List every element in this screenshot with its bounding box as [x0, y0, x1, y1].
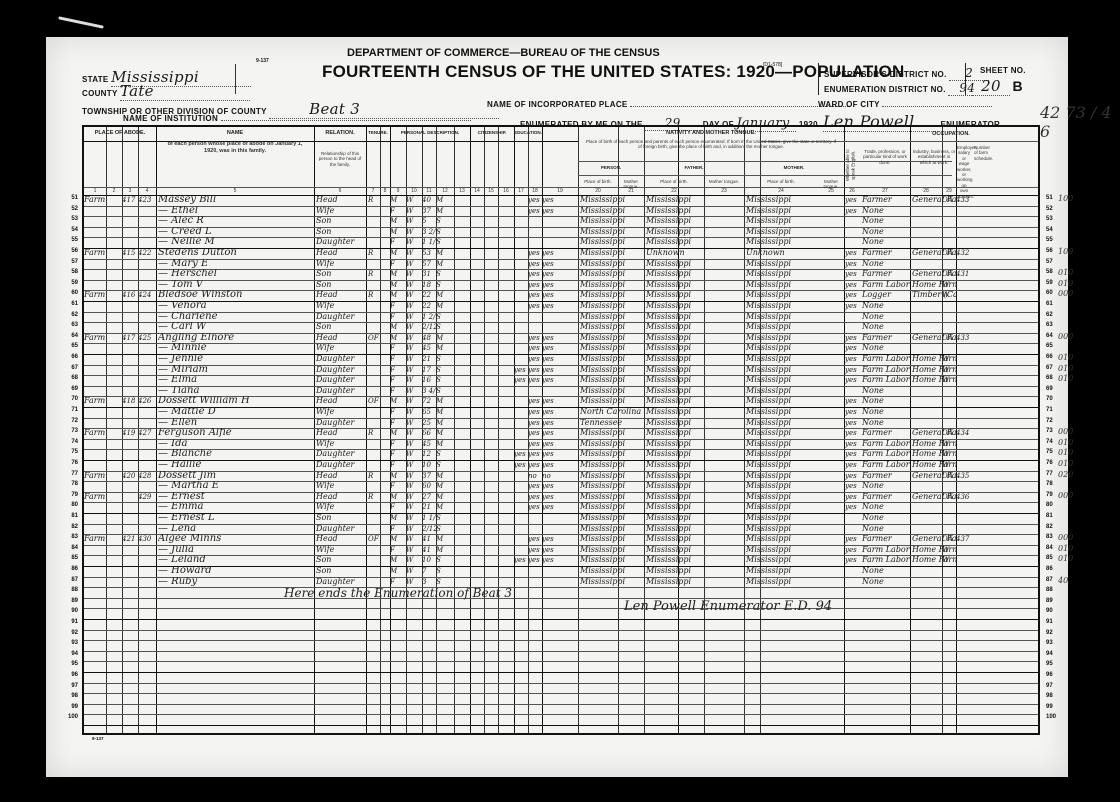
cell-birth: Mississippi [580, 216, 644, 227]
header-citizenship: CITIZENSHIP. [470, 130, 514, 135]
institution-value [221, 120, 471, 121]
line-number-right: 82 [1046, 524, 1053, 530]
footer-code: 9-137 [92, 736, 104, 741]
cell-family: 426 [138, 396, 156, 407]
line-number-right: 71 [1046, 407, 1053, 413]
cell-father: Mississippi [646, 365, 704, 376]
row-divider [84, 598, 1038, 599]
line-number-left: 100 [60, 714, 78, 720]
cell-write: yes [542, 301, 558, 312]
header-divider [235, 64, 236, 94]
cell-mother: Mississippi [746, 365, 818, 376]
column-number: 10 [406, 188, 422, 194]
cell-marital: S [436, 375, 454, 386]
cell-trade: Logger [862, 290, 910, 301]
cell-age: 12 [422, 449, 436, 460]
cell-class: OA [942, 333, 956, 344]
margin-code: 010 [1058, 374, 1073, 383]
header-relation-sub: Relationship of this person to the head … [316, 151, 364, 167]
table-row: — CharleneDaughterFW1 2/12SMississippiMi… [84, 312, 1038, 323]
cell-mother: Mississippi [746, 216, 818, 227]
cell-sex: F [390, 386, 406, 397]
cell-marital: S [436, 237, 454, 248]
cell-school: yes [514, 555, 528, 566]
cell-english: yes [845, 248, 859, 259]
line-number-right: 83 [1046, 534, 1053, 540]
table-row: — HerschelSonRMW31SyesyesMississippiMiss… [84, 269, 1038, 280]
column-number: 19 [542, 188, 578, 194]
header-farm-schedule: Number of farm schedule. [974, 145, 988, 161]
cell-age: 18 [422, 280, 436, 291]
cell-class: W [942, 280, 956, 291]
cell-sex: F [390, 545, 406, 556]
cell-read: yes [528, 269, 542, 280]
cell-dwelling: 417 [122, 333, 138, 344]
cell-birth: Mississippi [580, 280, 644, 291]
row-divider [84, 661, 1038, 662]
cell-father: Mississippi [646, 513, 704, 524]
cell-age: 3 4/12 [422, 386, 436, 397]
margin-code: 010 [1058, 438, 1073, 447]
cell-write: yes [542, 449, 558, 460]
cell-name: — Jennie [158, 354, 314, 365]
cell-read: yes [528, 259, 542, 270]
cell-trade: None [862, 396, 910, 407]
cell-sex: M [390, 269, 406, 280]
district-box: SUPERVISOR'S DISTRICT NO. 2 ENUMERATION … [818, 63, 967, 95]
ward-field: WARD OF CITY [818, 100, 992, 109]
cell-sex: M [390, 471, 406, 482]
table-row: — Alec RSonMW5SMississippiMississippiMis… [84, 216, 1038, 227]
cell-age: 1 2/12 [422, 312, 436, 323]
cell-sex: F [390, 312, 406, 323]
cell-read: yes [528, 492, 542, 503]
line-number-right: 59 [1046, 280, 1053, 286]
cell-tenure: R [368, 471, 380, 482]
cell-sex: M [390, 195, 406, 206]
cell-sex: F [390, 449, 406, 460]
cell-marital: S [436, 216, 454, 227]
line-number-left: 95 [60, 661, 78, 667]
cell-name: — Nellie M [158, 237, 314, 248]
cell-race: W [406, 206, 422, 217]
line-number-left: 98 [60, 693, 78, 699]
line-number-left: 53 [60, 216, 78, 222]
cell-birth: Mississippi [580, 481, 644, 492]
cell-relation: Head [316, 492, 366, 503]
cell-marital: S [436, 386, 454, 397]
cell-father: Mississippi [646, 322, 704, 333]
cell-age: 57 [422, 259, 436, 270]
closing-note: Here ends the Enumeration of Beat 3 [284, 586, 512, 600]
cell-name: — Martha E [158, 481, 314, 492]
cell-read: yes [528, 534, 542, 545]
cell-read: yes [528, 460, 542, 471]
cell-english: yes [845, 481, 859, 492]
cell-sex: M [390, 248, 406, 259]
cell-family: 424 [138, 290, 156, 301]
cell-sex: F [390, 206, 406, 217]
cell-write: yes [542, 259, 558, 270]
margin-code: 010 [1058, 353, 1073, 362]
cell-father: Mississippi [646, 227, 704, 238]
cell-class: W [942, 555, 956, 566]
cell-race: W [406, 269, 422, 280]
cell-sex: F [390, 481, 406, 492]
cell-name: — Carl W [158, 322, 314, 333]
institution-field: NAME OF INSTITUTION [123, 114, 471, 123]
line-number-right: 65 [1046, 343, 1053, 349]
cell-race: W [406, 566, 422, 577]
sheet-field: 20 B [972, 77, 1023, 96]
margin-code: 010 [1058, 544, 1073, 553]
cell-age: 37 [422, 206, 436, 217]
cell-read: yes [528, 396, 542, 407]
cell-relation: Wife [316, 481, 366, 492]
cell-age: 21 [422, 354, 436, 365]
cell-english: yes [845, 396, 859, 407]
cell-name: — Julia [158, 545, 314, 556]
margin-code: 100 [1058, 247, 1073, 256]
cell-write: no [542, 471, 558, 482]
cell-birth: Mississippi [580, 237, 644, 248]
line-number-right: 98 [1046, 693, 1053, 699]
cell-read: no [528, 471, 542, 482]
cell-write: yes [542, 195, 558, 206]
column-number: 11 [422, 188, 436, 194]
cell-relation: Daughter [316, 418, 366, 429]
cell-mother: Mississippi [746, 333, 818, 344]
cell-race: W [406, 333, 422, 344]
cell-write: yes [542, 290, 558, 301]
cell-race: W [406, 513, 422, 524]
row-divider [84, 693, 1038, 694]
cell-race: W [406, 460, 422, 471]
cell-class: W [942, 375, 956, 386]
cell-father: Mississippi [646, 396, 704, 407]
cell-age: 37 [422, 471, 436, 482]
line-number-right: 87 [1046, 577, 1053, 583]
cell-trade: None [862, 322, 910, 333]
institution-label: NAME OF INSTITUTION [123, 114, 218, 123]
row-divider [84, 651, 1038, 652]
cell-farm: 437 [956, 534, 972, 545]
line-number-right: 84 [1046, 545, 1053, 551]
cell-name: — Emma [158, 502, 314, 513]
table-row: Farm419427Ferguson AlfieHeadRMW66Myesyes… [84, 428, 1038, 439]
cell-mother: Mississippi [746, 206, 818, 217]
cell-marital: M [436, 492, 454, 503]
cell-english: yes [845, 206, 859, 217]
cell-mother: Mississippi [746, 545, 818, 556]
cell-marital: M [436, 502, 454, 513]
cell-father: Mississippi [646, 312, 704, 323]
cell-school: yes [514, 460, 528, 471]
enumeration-label: ENUMERATION DISTRICT NO. [824, 85, 946, 94]
cell-family: 427 [138, 428, 156, 439]
cell-marital: M [436, 471, 454, 482]
cell-marital: M [436, 206, 454, 217]
line-number-left: 83 [60, 534, 78, 540]
cell-name: — Tiana [158, 386, 314, 397]
cell-write: yes [542, 365, 558, 376]
cell-birth: Mississippi [580, 545, 644, 556]
cell-read: yes [528, 449, 542, 460]
enumerator-signature: Len Powell Enumerator E.D. 94 [624, 599, 832, 614]
cell-class: OA [942, 248, 956, 259]
column-number: 9 [390, 188, 406, 194]
table-row: — LenaDaughterFW2/12SMississippiMississi… [84, 524, 1038, 535]
cell-mother: Mississippi [746, 513, 818, 524]
cell-trade: Farm Laborer [862, 365, 910, 376]
cell-class: W [942, 460, 956, 471]
sheet-side: B [1013, 78, 1023, 94]
line-number-right: 51 [1046, 195, 1053, 201]
cell-mother: Mississippi [746, 407, 818, 418]
cell-age: 45 [422, 343, 436, 354]
line-number-right: 78 [1046, 481, 1053, 487]
cell-birth: Mississippi [580, 428, 644, 439]
column-number: 8 [380, 188, 390, 194]
cell-write: yes [542, 555, 558, 566]
cell-birth: Mississippi [580, 502, 644, 513]
cell-write: yes [542, 375, 558, 386]
line-number-left: 61 [60, 301, 78, 307]
census-table: PLACE OF ABODE.NAMEof each person whose … [82, 125, 1040, 735]
cell-sex: F [390, 524, 406, 535]
cell-sex: F [390, 439, 406, 450]
header-person: PERSON. [578, 165, 644, 170]
cell-name: Dossett William H [158, 396, 314, 407]
cell-father: Mississippi [646, 428, 704, 439]
row-divider [84, 672, 1038, 673]
cell-birth: Tennessee [580, 418, 644, 429]
cell-birth: Mississippi [580, 354, 644, 365]
cell-trade: None [862, 566, 910, 577]
line-number-left: 55 [60, 237, 78, 243]
cell-write: yes [542, 269, 558, 280]
cell-write: yes [542, 343, 558, 354]
cell-mother: Mississippi [746, 449, 818, 460]
cell-mother: Mississippi [746, 439, 818, 450]
cell-father: Mississippi [646, 195, 704, 206]
cell-age: 41 [422, 545, 436, 556]
header-mother: MOTHER. [744, 165, 844, 170]
table-row: — JuliaWifeFW41MyesyesMississippiMississ… [84, 545, 1038, 556]
cell-read: yes [528, 545, 542, 556]
line-number-right: 95 [1046, 661, 1053, 667]
header-place-of-birth: Place of birth. [744, 179, 818, 184]
cell-relation: Son [316, 227, 366, 238]
cell-father: Mississippi [646, 481, 704, 492]
cell-read: yes [528, 555, 542, 566]
column-number: 23 [704, 188, 744, 194]
table-row: — Martha EWifeFW60MyesyesMississippiMiss… [84, 481, 1038, 492]
cell-write: yes [542, 481, 558, 492]
cell-father: Mississippi [646, 460, 704, 471]
cell-sex: M [390, 513, 406, 524]
cell-father: Mississippi [646, 237, 704, 248]
cell-mother: Mississippi [746, 577, 818, 588]
form-code: [D1-578] [763, 62, 782, 68]
cell-age: 2/12 [422, 322, 436, 333]
header-personal: PERSONAL DESCRIPTION. [390, 130, 470, 135]
cell-race: W [406, 386, 422, 397]
line-number-left: 67 [60, 365, 78, 371]
cell-marital: M [436, 259, 454, 270]
sheet-label: SHEET NO. [980, 66, 1026, 75]
line-number-right: 92 [1046, 630, 1053, 636]
column-number: 27 [860, 188, 910, 194]
cell-class: W [942, 354, 956, 365]
cell-sex: F [390, 375, 406, 386]
cell-farm: 434 [956, 428, 972, 439]
cell-name: — Howard [158, 566, 314, 577]
cell-street: Farm [84, 396, 106, 407]
cell-class: W [942, 545, 956, 556]
cell-marital: S [436, 322, 454, 333]
cell-age: 27 [422, 492, 436, 503]
ward-value [882, 106, 992, 107]
cell-name: — Mattie D [158, 407, 314, 418]
line-number-right: 72 [1046, 418, 1053, 424]
line-number-left: 51 [60, 195, 78, 201]
line-number-left: 58 [60, 269, 78, 275]
cell-marital: M [436, 418, 454, 429]
county-field: COUNTY Tate [82, 82, 250, 101]
table-row: Farm421430Algee MinnsHeadOFMW41MyesyesMi… [84, 534, 1038, 545]
cell-tenure: R [368, 290, 380, 301]
cell-name: — Alec R [158, 216, 314, 227]
cell-relation: Son [316, 555, 366, 566]
header-nativity-sub: Place of birth of each person and parent… [584, 139, 838, 150]
cell-birth: Mississippi [580, 524, 644, 535]
cell-mother: Mississippi [746, 566, 818, 577]
table-row: — Nellie MDaughterFW1 1/12SMississippiMi… [84, 237, 1038, 248]
cell-write: yes [542, 460, 558, 471]
cell-birth: Mississippi [580, 471, 644, 482]
cell-name: — Charlene [158, 312, 314, 323]
cell-mother: Mississippi [746, 322, 818, 333]
cell-age: 1 1/12 [422, 237, 436, 248]
line-number-right: 66 [1046, 354, 1053, 360]
table-row: Farm416424Bledsoe WinstonHeadRMW22Myesye… [84, 290, 1038, 301]
cell-father: Mississippi [646, 375, 704, 386]
cell-trade: None [862, 259, 910, 270]
cell-class: OA [942, 471, 956, 482]
line-number-left: 60 [60, 290, 78, 296]
cell-mother: Mississippi [746, 269, 818, 280]
line-number-right: 89 [1046, 598, 1053, 604]
cell-marital: S [436, 365, 454, 376]
cell-relation: Wife [316, 259, 366, 270]
cell-trade: None [862, 343, 910, 354]
cell-marital: S [436, 513, 454, 524]
cell-marital: S [436, 524, 454, 535]
header-tenure: TENURE. [366, 130, 390, 135]
column-number: 5 [156, 188, 314, 194]
cell-trade: None [862, 418, 910, 429]
cell-marital: M [436, 407, 454, 418]
cell-name: — Ida [158, 439, 314, 450]
cell-mother: Mississippi [746, 375, 818, 386]
line-number-right: 77 [1046, 471, 1053, 477]
cell-class: OA [942, 534, 956, 545]
sheet-box: SHEET NO. 20 B [965, 63, 1036, 95]
sheet-value: 20 [972, 77, 1010, 96]
cell-write: yes [542, 492, 558, 503]
line-number-left: 81 [60, 513, 78, 519]
cell-race: W [406, 259, 422, 270]
line-number-left: 82 [60, 524, 78, 530]
cell-race: W [406, 555, 422, 566]
cell-race: W [406, 534, 422, 545]
cell-father: Mississippi [646, 471, 704, 482]
cell-mother: Mississippi [746, 195, 818, 206]
line-number-right: 99 [1046, 704, 1053, 710]
line-number-left: 71 [60, 407, 78, 413]
cell-mother: Mississippi [746, 428, 818, 439]
cell-marital: M [436, 333, 454, 344]
line-number-right: 57 [1046, 259, 1053, 265]
cell-english: yes [845, 301, 859, 312]
cell-relation: Wife [316, 343, 366, 354]
cell-marital: M [436, 545, 454, 556]
cell-father: Mississippi [646, 418, 704, 429]
cell-relation: Head [316, 333, 366, 344]
cell-trade: Farm Laborer [862, 449, 910, 460]
cell-marital: S [436, 460, 454, 471]
cell-trade: None [862, 407, 910, 418]
margin-code: 000 [1058, 332, 1073, 341]
line-number-right: 80 [1046, 502, 1053, 508]
cell-family: 425 [138, 333, 156, 344]
cell-trade: Farm Laborer [862, 555, 910, 566]
cell-name: Bledsoe Winston [158, 290, 314, 301]
line-number-left: 88 [60, 587, 78, 593]
line-number-left: 86 [60, 566, 78, 572]
cell-name: Massey Bill [158, 195, 314, 206]
margin-code: 010 [1058, 554, 1073, 563]
cell-trade: None [862, 577, 910, 588]
cell-write: yes [542, 502, 558, 513]
column-number: 25 [818, 188, 844, 194]
cell-father: Mississippi [646, 290, 704, 301]
cell-class: W [942, 290, 956, 301]
cell-age: 40 [422, 195, 436, 206]
line-number-right: 63 [1046, 322, 1053, 328]
cell-tenure: R [368, 248, 380, 259]
cell-sex: F [390, 343, 406, 354]
incorporated-place-label: NAME OF INCORPORATED PLACE [487, 100, 628, 109]
line-number-right: 56 [1046, 248, 1053, 254]
cell-trade: Farmer [862, 492, 910, 503]
cell-relation: Head [316, 534, 366, 545]
cell-mother: Mississippi [746, 471, 818, 482]
cell-relation: Daughter [316, 375, 366, 386]
line-number-left: 74 [60, 439, 78, 445]
cell-age: 41 [422, 534, 436, 545]
cell-write: yes [542, 354, 558, 365]
cell-dwelling: 420 [122, 471, 138, 482]
cell-race: W [406, 439, 422, 450]
cell-trade: Farm Laborer [862, 545, 910, 556]
cell-birth: Mississippi [580, 301, 644, 312]
line-number-right: 61 [1046, 301, 1053, 307]
line-number-right: 93 [1046, 640, 1053, 646]
table-row: — LelandSonMW10SyesyesyesMississippiMiss… [84, 555, 1038, 566]
line-number-right: 70 [1046, 396, 1053, 402]
